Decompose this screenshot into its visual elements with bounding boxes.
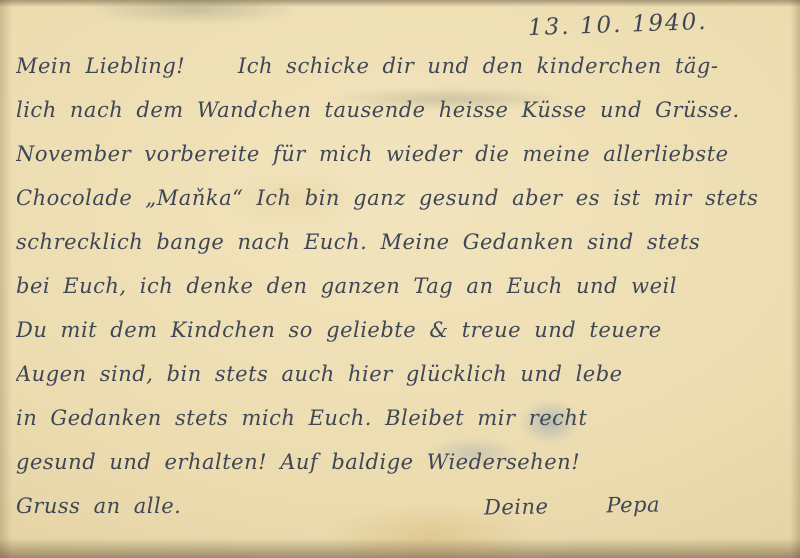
signature-name: Pepa bbox=[606, 484, 660, 527]
letter-line: gesund und erhalten! Auf baldige Wieders… bbox=[16, 440, 788, 484]
letter-scan: 13. 10. 1940. Mein Liebling! Ich schicke… bbox=[0, 0, 800, 558]
letter-line: lich nach dem Wandchen tausende heisse K… bbox=[16, 88, 788, 132]
signature: Deine Pepa bbox=[484, 484, 661, 528]
signature-prefix: Deine bbox=[484, 484, 549, 528]
letter-line: November vorbereite für mich wieder die … bbox=[16, 132, 788, 176]
letter-line: Augen sind, bin stets auch hier glücklic… bbox=[16, 352, 788, 396]
letter-date: 13. 10. 1940. bbox=[528, 9, 708, 41]
letter-body: Mein Liebling! Ich schicke dir und den k… bbox=[16, 44, 788, 528]
letter-line: bei Euch, ich denke den ganzen Tag an Eu… bbox=[16, 264, 788, 308]
letter-line: in Gedanken stets mich Euch. Bleibet mir… bbox=[16, 396, 788, 440]
postmark-smudge bbox=[88, 0, 298, 24]
letter-line: Chocolade „Maňka“ Ich bin ganz gesund ab… bbox=[16, 176, 788, 220]
letter-line: schrecklich bange nach Euch. Meine Gedan… bbox=[16, 220, 788, 264]
closing-greeting: Gruss an alle. bbox=[16, 484, 181, 528]
closing-row: Gruss an alle. Deine Pepa bbox=[16, 484, 788, 528]
letter-line: Mein Liebling! Ich schicke dir und den k… bbox=[16, 44, 788, 88]
letter-line: Du mit dem Kindchen so geliebte & treue … bbox=[16, 308, 788, 352]
